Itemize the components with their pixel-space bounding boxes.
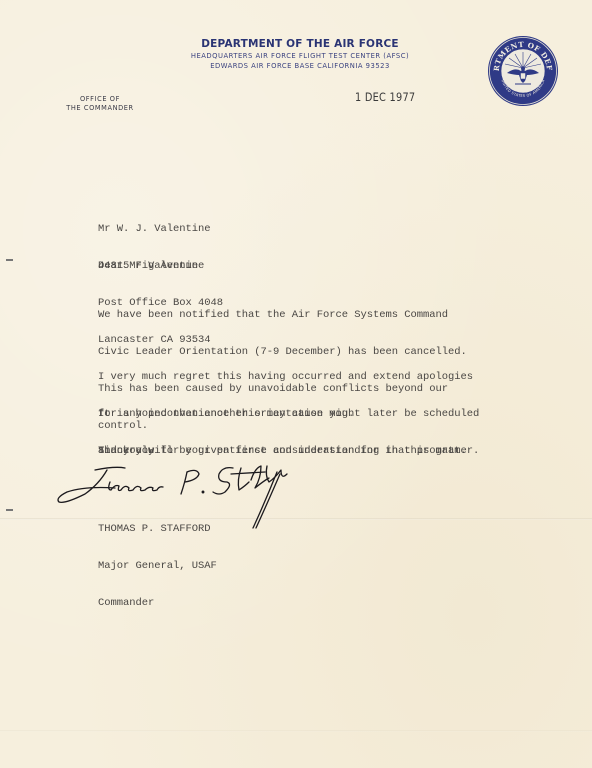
signer-title: Commander — [98, 597, 217, 609]
letterhead-address: EDWARDS AIR FORCE BASE CALIFORNIA 93523 — [150, 61, 450, 71]
body-line: It is hoped that another orientation mig… — [98, 408, 479, 420]
body-line: We have been notified that the Air Force… — [98, 309, 467, 321]
letterhead: DEPARTMENT OF THE AIR FORCE HEADQUARTERS… — [150, 38, 450, 71]
letterhead-title: DEPARTMENT OF THE AIR FORCE — [150, 38, 450, 51]
closing: Sincerely — [98, 445, 154, 457]
salutation: Dear Mr Valentine — [98, 260, 204, 272]
signer-name: THOMAS P. STAFFORD — [98, 523, 217, 535]
letterhead-headquarters: HEADQUARTERS AIR FORCE FLIGHT TEST CENTE… — [150, 51, 450, 61]
office-line-2: THE COMMANDER — [60, 104, 140, 113]
paper-fold-line — [0, 730, 592, 732]
margin-mark — [6, 509, 13, 511]
signature-block: THOMAS P. STAFFORD Major General, USAF C… — [98, 498, 217, 634]
signer-rank: Major General, USAF — [98, 560, 217, 572]
office-line-1: OFFICE OF — [60, 95, 140, 104]
recipient-name: Mr W. J. Valentine — [98, 223, 223, 235]
letter-page: DEPARTMENT OF THE AIR FORCE HEADQUARTERS… — [0, 0, 592, 768]
date-stamp: 1 DEC 1977 — [355, 90, 415, 104]
department-of-defense-seal-icon: DEPARTMENT OF DEFENSE UNITED STATES OF A… — [487, 35, 559, 107]
office-designation: OFFICE OF THE COMMANDER — [60, 95, 140, 113]
margin-mark — [6, 259, 13, 261]
body-line: Thank you for your patience and understa… — [98, 445, 479, 457]
body-line: I very much regret this having occurred … — [98, 371, 473, 383]
